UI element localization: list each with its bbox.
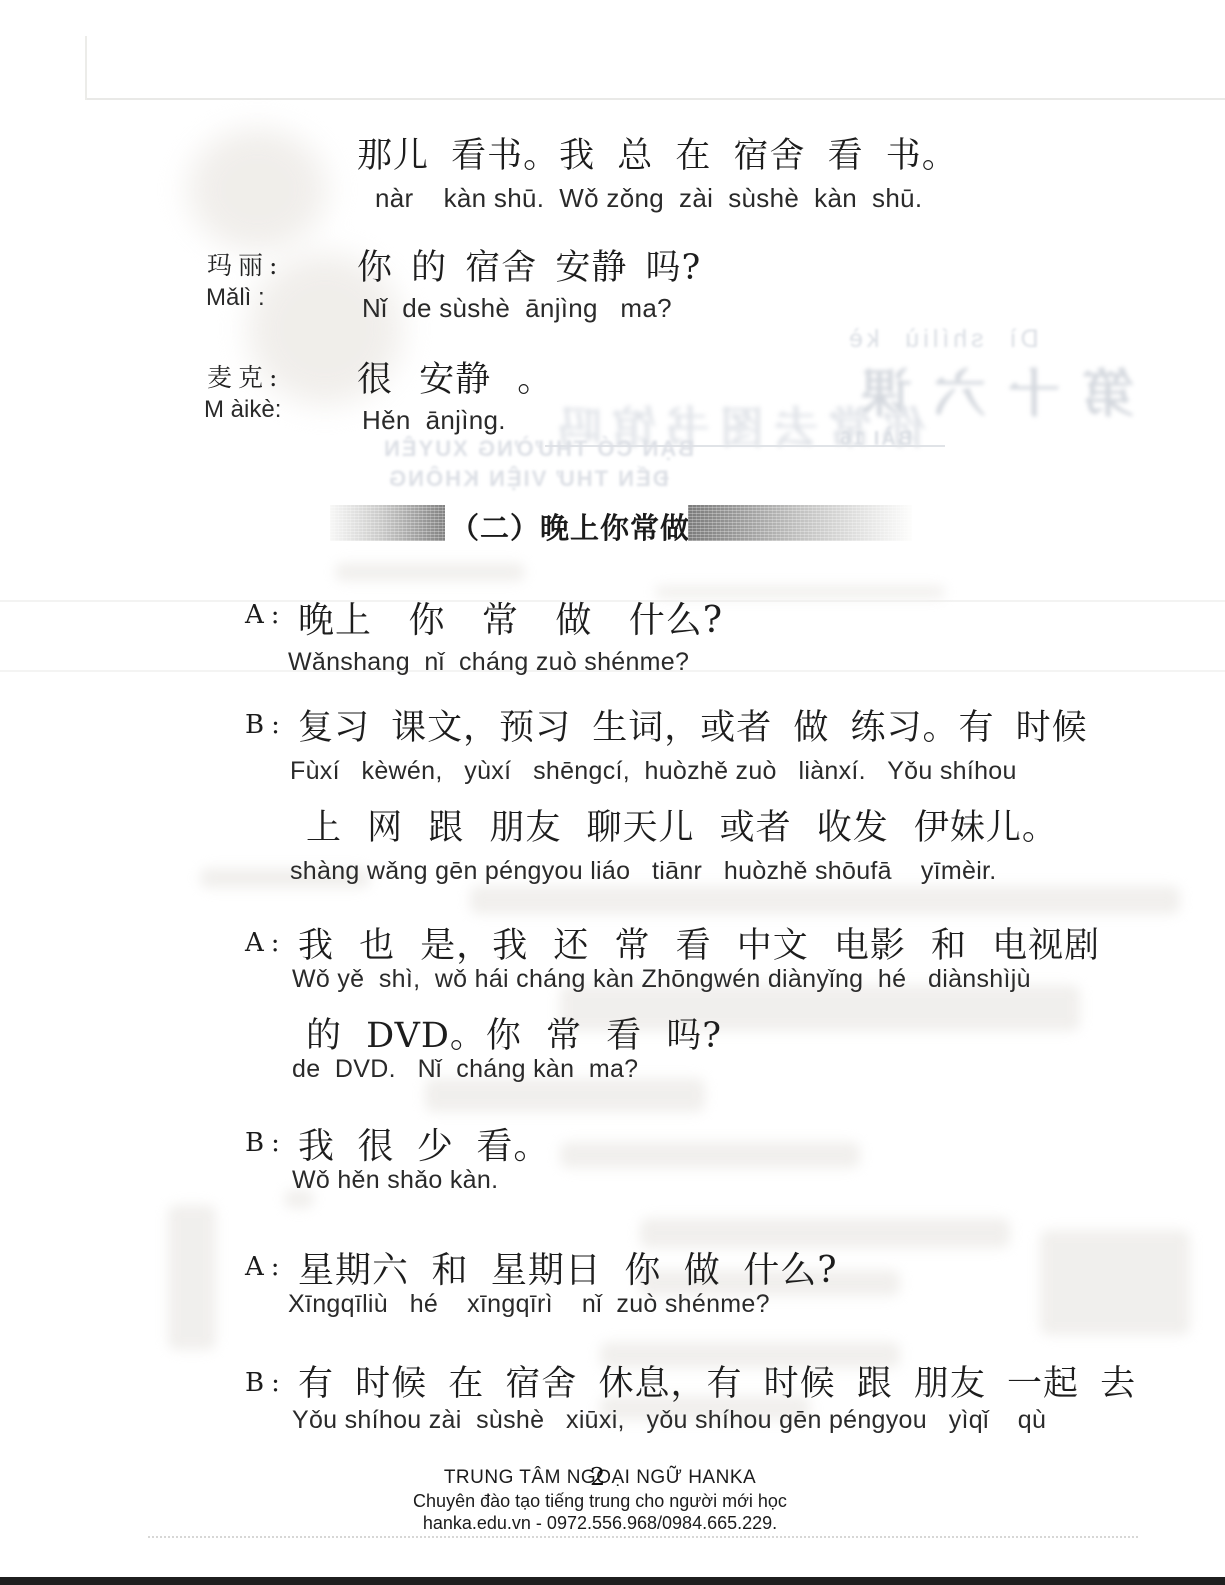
scan-edge-line-top bbox=[85, 98, 1225, 100]
maike-line-pinyin: Hěn ānjìng. bbox=[362, 405, 506, 436]
maike-line-hanzi: 很 安静 。 bbox=[357, 352, 553, 402]
bleedthrough-viet-line1: BẠN CÓ THƯỜNG XUYÊN bbox=[382, 436, 694, 462]
speaker-maike-pinyin: M àikè: bbox=[204, 396, 281, 424]
bleedthrough-smudge bbox=[168, 1205, 216, 1350]
section-header-right-bar bbox=[688, 505, 912, 541]
mali-line-pinyin: Nǐ de sùshè ānjìng ma? bbox=[362, 293, 672, 324]
dialogue-b2-hanzi: 我 很 少 看。 bbox=[298, 1118, 550, 1169]
mali-line-hanzi: 你 的 宿舍 安静 吗? bbox=[357, 240, 701, 290]
dialogue-a3-pinyin: Xīngqīliù hé xīngqīrì nǐ zuò shénme? bbox=[288, 1290, 770, 1319]
speaker-b-label: B: bbox=[245, 710, 287, 740]
footer-contact: hanka.edu.vn - 0972.556.968/0984.665.229… bbox=[0, 1513, 1200, 1534]
dialogue-b1-pinyin-line1: Fùxí kèwén, yùxí shēngcí, huòzhě zuò lià… bbox=[290, 757, 1017, 786]
dialogue-a3-hanzi: 星期六 和 星期日 你 做 什么? bbox=[298, 1242, 838, 1293]
bleedthrough-smudge bbox=[1040, 1230, 1190, 1335]
speaker-mali-hanzi: 玛丽: bbox=[207, 246, 283, 282]
bleedthrough-viet-line2: ĐẾN THƯ VIỆN KHÔNG bbox=[387, 466, 669, 492]
dialogue-b1-hanzi-line1: 复习 课文，预习 生词，或者 做 练习。有 时候 bbox=[298, 700, 1088, 750]
footer-tagline: Chuyên đào tạo tiếng trung cho người mới… bbox=[0, 1491, 1200, 1512]
dialogue-a2-hanzi-line2: 的 DVD。你 常 看 吗? bbox=[306, 1008, 722, 1058]
speaker-mali-pinyin: Mǎlì : bbox=[206, 284, 265, 312]
bleedthrough-smudge bbox=[560, 1142, 860, 1168]
dialogue-b1-hanzi-line2: 上 网 跟 朋友 聊天儿 或者 收发 伊妹儿。 bbox=[306, 800, 1058, 850]
section-header-left-bar bbox=[330, 505, 445, 541]
dialogue-b1-pinyin-line2: shàng wǎng gēn péngyou liáo tiānr huòzhě… bbox=[290, 857, 997, 886]
dialogue-a2-hanzi-line1: 我 也 是，我 还 常 看 中文 电影 和 电视剧 bbox=[298, 918, 1100, 968]
dialogue-a2-pinyin-line1: Wǒ yě shì, wǒ hái cháng kàn Zhōngwén dià… bbox=[292, 965, 1031, 994]
bleedthrough-smudge bbox=[335, 563, 525, 581]
dialogue-b2-pinyin: Wǒ hěn shǎo kàn. bbox=[292, 1166, 498, 1195]
dialogue-a1-pinyin: Wǎnshang nǐ cháng zuò shénme? bbox=[288, 648, 689, 677]
speaker-a-label: A: bbox=[245, 928, 287, 958]
speaker-a-label: A: bbox=[245, 600, 287, 630]
bleedthrough-smudge bbox=[470, 886, 1180, 914]
scan-bottom-edge bbox=[0, 1577, 1225, 1585]
scan-dotted-line bbox=[148, 1536, 1138, 1538]
scan-edge-line-left bbox=[85, 36, 87, 100]
speaker-b-label: B: bbox=[245, 1128, 287, 1158]
speaker-a-label: A: bbox=[245, 1252, 287, 1282]
dialogue-a1-hanzi: 晚上 你 常 做 什么? bbox=[298, 592, 723, 643]
bleedthrough-lesson-pinyin: Dì shíliù kè bbox=[845, 325, 1039, 354]
scanned-textbook-page: Dì shíliù kè 第十六课 你常去图书馆吗 BÀI 16 BẠN CÓ … bbox=[0, 0, 1225, 1585]
dialogue-a2-pinyin-line2: de DVD. Nǐ cháng kàn ma? bbox=[292, 1055, 638, 1084]
passage-hanzi: 那儿 看书。我 总 在 宿舍 看 书。 bbox=[357, 128, 958, 178]
speaker-b-label: B: bbox=[245, 1368, 287, 1398]
passage-pinyin: nàr kàn shū. Wǒ zǒng zài sùshè kàn shū. bbox=[375, 183, 922, 214]
dialogue-b3-pinyin: Yǒu shíhou zài sùshè xiūxi, yǒu shíhou g… bbox=[292, 1406, 1046, 1435]
speaker-maike-hanzi: 麦克: bbox=[207, 358, 283, 394]
page-number: 2 bbox=[590, 1463, 605, 1491]
bleedthrough-bai-label: BÀI 16 bbox=[838, 428, 912, 451]
dialogue-b3-hanzi: 有 时候 在 宿舍 休息，有 时候 跟 朋友 一起 去 bbox=[298, 1356, 1136, 1406]
